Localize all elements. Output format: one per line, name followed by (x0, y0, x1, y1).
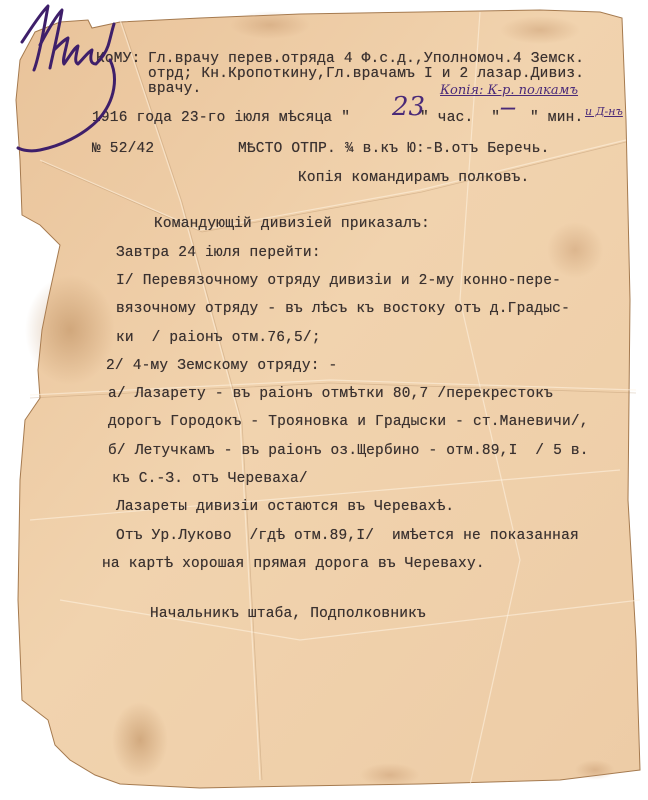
addressee-line-2: отрд; Кн.Кропоткину,Гл.врачамъ I и 2 лаз… (148, 67, 584, 82)
body-line: I/ Перевязочному отряду дивизiи и 2-му к… (116, 274, 561, 289)
dispatch-place: МѢСТО ОТПР. ¾ в.къ Ю:-В.отъ Беречь. (238, 142, 550, 157)
body-line: Командующiй дивизiей приказалъ: (154, 217, 430, 232)
addressee-line-3: врачу. (148, 82, 201, 97)
body-line: вязочному отряду - въ лѣсъ къ востоку от… (116, 302, 570, 317)
handwritten-copy-note: Копiя: К-р. полкамъ (440, 84, 578, 97)
handwritten-note-right: и Д-нъ (585, 106, 623, 117)
copy-recipients: Копiя командирамъ полковъ. (298, 171, 529, 186)
body-line: б/ Летучкамъ - въ раiонъ оз.Щербино - от… (108, 444, 589, 459)
handwritten-minutes-dash: — (500, 100, 516, 116)
body-line: Лазареты дивизiи остаются въ Черевахѣ. (116, 500, 454, 515)
body-line: Отъ Ур.Луково /гдѣ отм.89,I/ имѣется не … (116, 529, 579, 544)
body-line: 2/ 4-му Земскому отряду: - (106, 359, 337, 374)
document-paper: КоМУ: Гл.врачу перев.отряда 4 Ф.с.д.,Упо… (0, 0, 648, 800)
body-line: Завтра 24 iюля перейти: (116, 246, 321, 261)
handwritten-signature (0, 0, 140, 160)
date-line-minute-label: " мин. (530, 111, 583, 126)
body-line: ки / раiонъ отм.76,5/; (116, 331, 321, 346)
body-line: а/ Лазарету - въ раiонъ отмѣтки 80,7 /пе… (108, 387, 553, 402)
signatory-title: Начальникъ штаба, Подполковникъ (150, 607, 426, 622)
body-line: на картѣ хорошая прямая дорога въ Черева… (102, 557, 485, 572)
addressee-line-1: Гл.врачу перев.отряда 4 Ф.с.д.,Уполномоч… (148, 52, 584, 67)
date-line-hour-label: " час. " (420, 111, 500, 126)
body-line: къ С.-З. отъ Череваха/ (112, 472, 308, 487)
body-line: дорогъ Городокъ - Трояновка и Градыски -… (108, 415, 589, 430)
